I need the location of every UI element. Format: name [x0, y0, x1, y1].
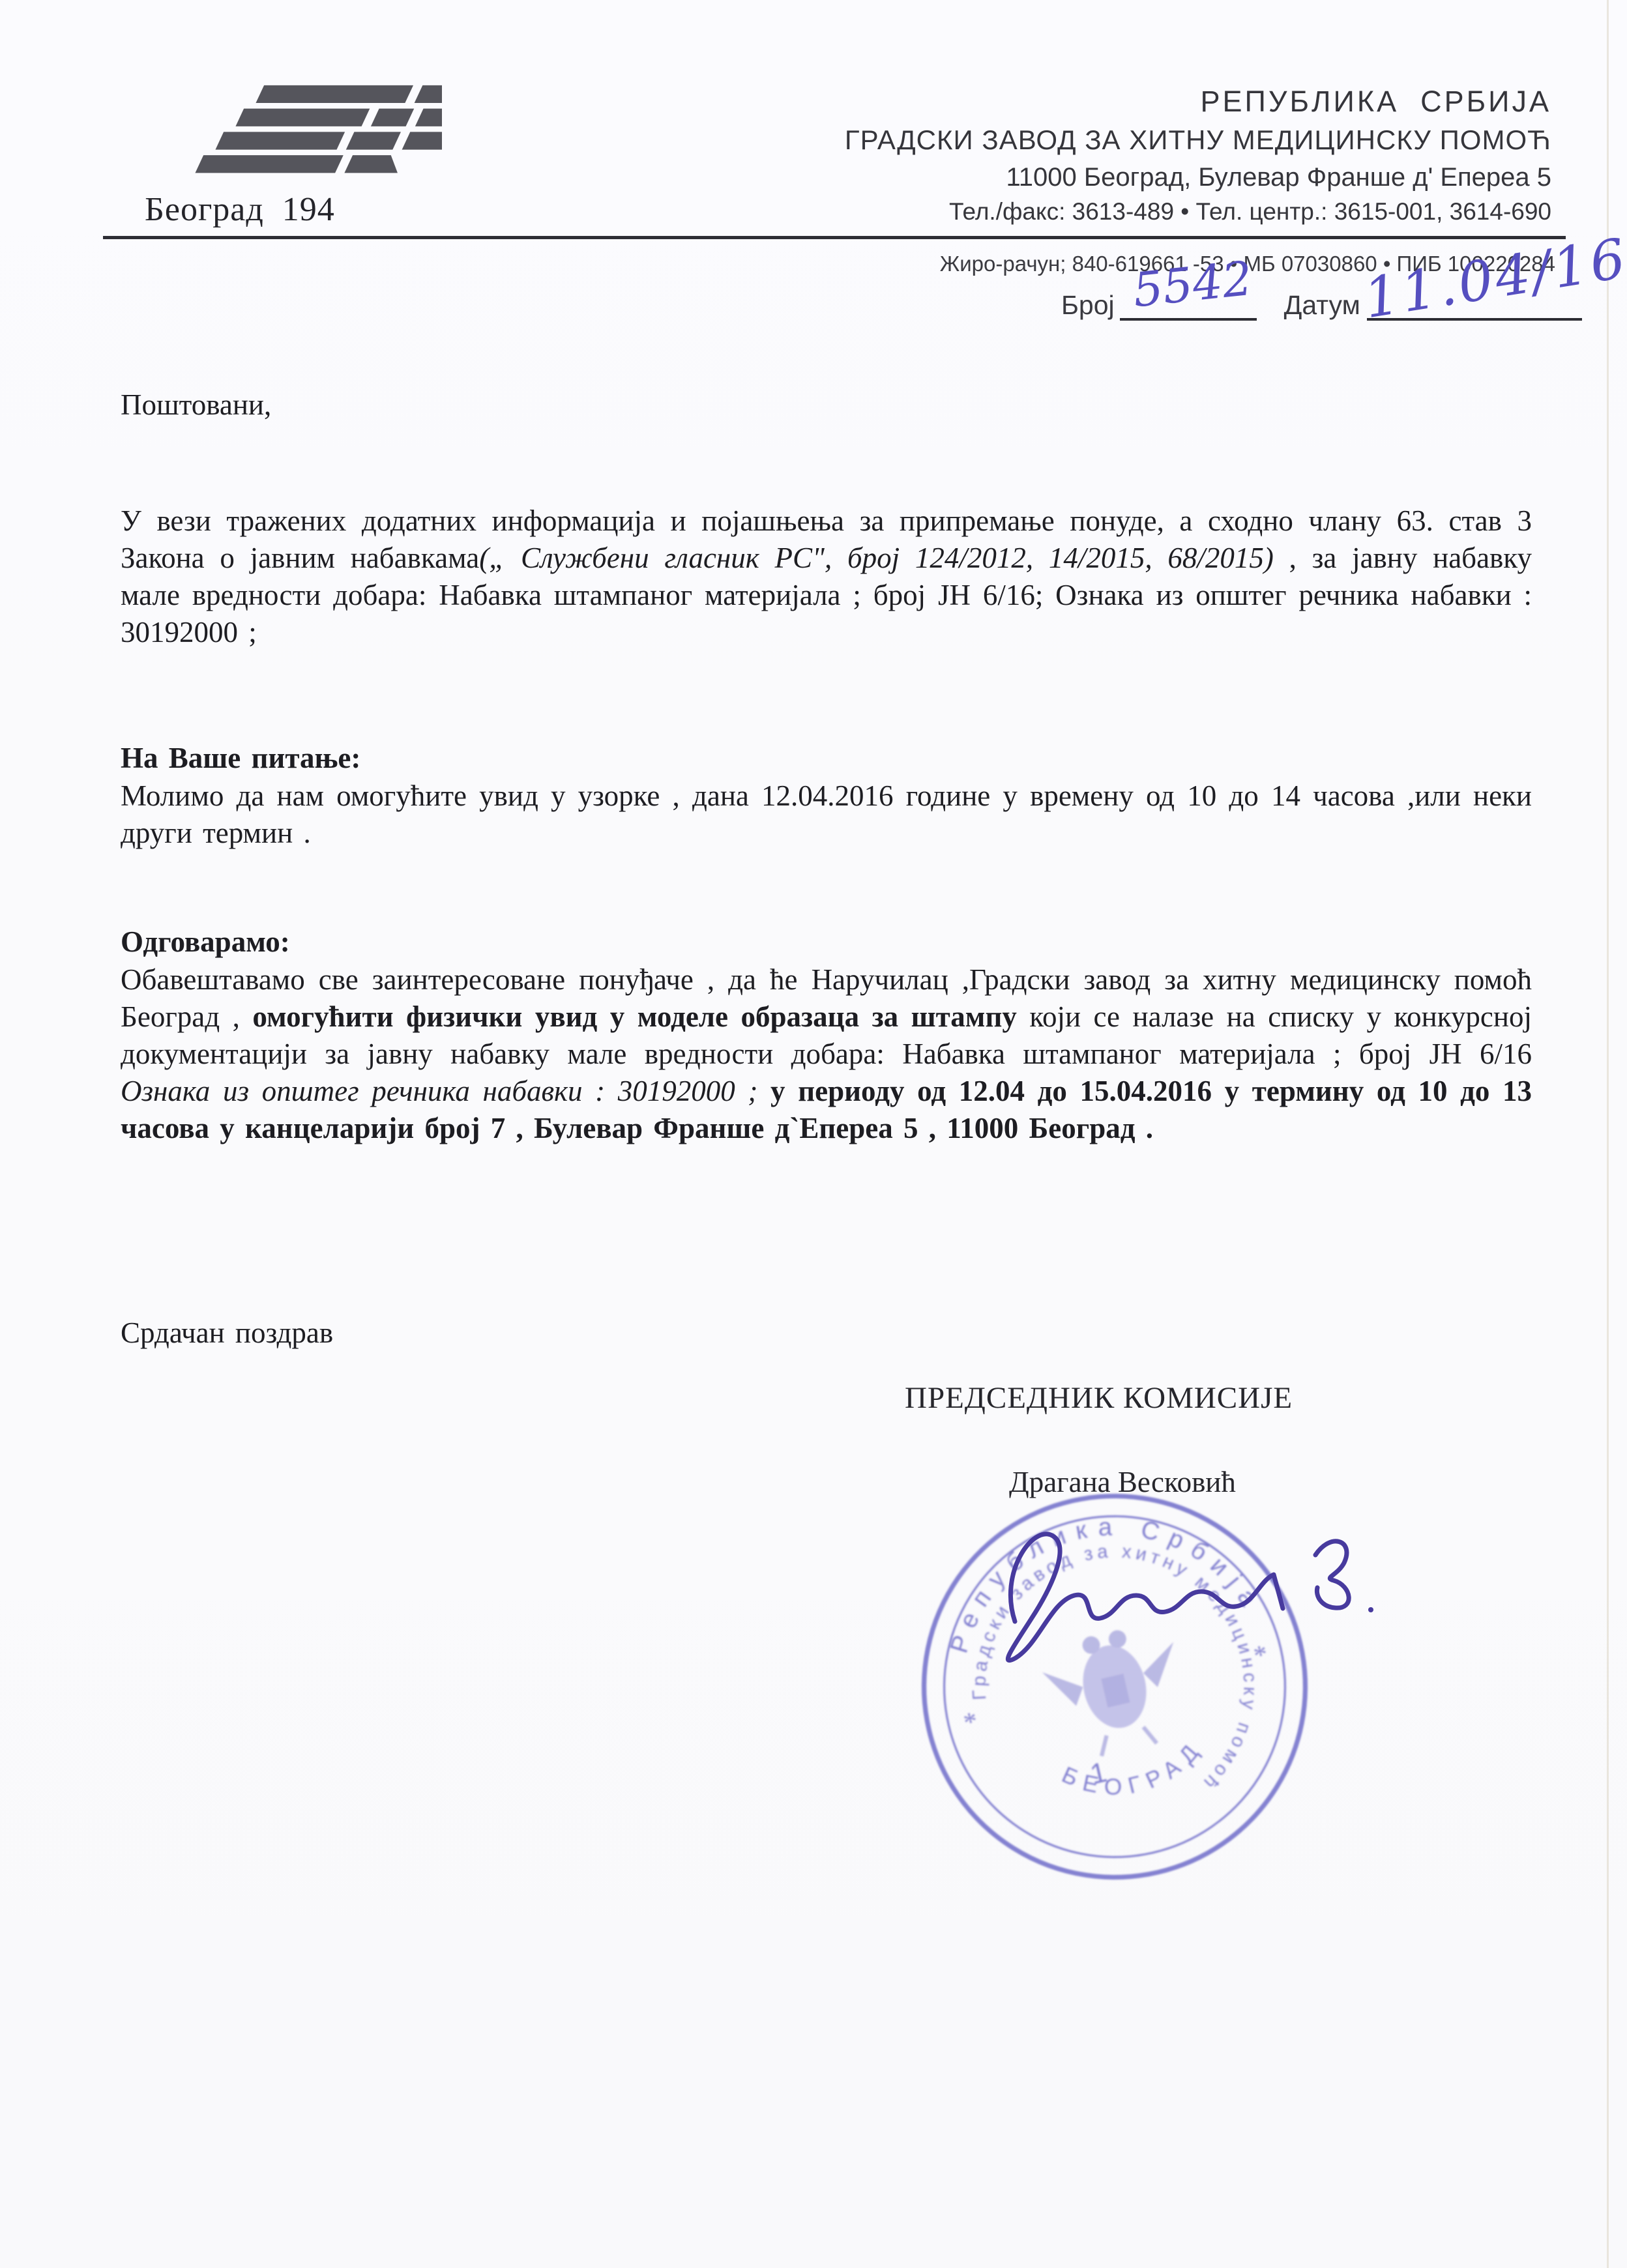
scan-edge-artifact [1607, 0, 1609, 2268]
handwritten-number: 5542 [1130, 251, 1255, 318]
gazette-reference-italic: („ Службени гласник РС", број 124/2012, … [479, 542, 1274, 574]
letterhead-country: РЕПУБЛИКА СРБИЈА [845, 82, 1551, 121]
number-date-row: Број5542Датум11.04/16 [1061, 284, 1582, 321]
question-paragraph: Молимо да нам омогућите увид у узорке , … [121, 778, 1532, 852]
date-label: Датум [1284, 290, 1360, 320]
date-blank-line: 11.04/16 [1367, 284, 1582, 321]
question-heading: На Ваше питање: [121, 740, 1532, 777]
letterhead-org-block: РЕПУБЛИКА СРБИЈА ГРАДСКИ ЗАВОД ЗА ХИТНУ … [845, 82, 1551, 228]
answer-bold-inspection: омогућити физички увид у моделе образаца… [252, 1000, 1016, 1033]
letterhead-org-name: ГРАДСКИ ЗАВОД ЗА ХИТНУ МЕДИЦИНСКУ ПОМОЋ [845, 121, 1551, 159]
closing-salutation: Срдачан поздрав [121, 1315, 1532, 1352]
intro-paragraph: У вези тражених додатних информација и п… [121, 502, 1532, 651]
letterhead-divider [103, 236, 1566, 239]
ambulance-service-logo-icon [116, 77, 442, 198]
answer-paragraph: Обавештавамо све заинтересоване понуђаче… [121, 961, 1532, 1147]
stamp-bottom-text: БЕОГРАД [1053, 1730, 1215, 1814]
answer-heading: Одговарамо: [121, 923, 1532, 961]
handwritten-date: 11.04/16 [1360, 226, 1627, 331]
number-blank-line: 5542 [1120, 284, 1257, 321]
number-label: Број [1061, 290, 1115, 320]
svg-text:БЕОГРАД: БЕОГРАД [1053, 1730, 1215, 1814]
scanned-letter-page: Београд 194 РЕПУБЛИКА СРБИЈА ГРАДСКИ ЗАВ… [0, 0, 1627, 2268]
letterhead-address: 11000 Београд, Булевар Франше д' Епереа … [845, 159, 1551, 196]
handwritten-signature [953, 1498, 1403, 1680]
logo-caption: Београд 194 [145, 190, 335, 229]
salutation: Поштовани, [121, 386, 1532, 424]
stamp-star-left: * [961, 1706, 980, 1737]
answer-cpv-italic: Ознака из општег речника набавки : 30192… [121, 1075, 757, 1107]
signer-title: ПРЕДСЕДНИК КОМИСИЈЕ [905, 1380, 1293, 1416]
letterhead-phone: Тел./факс: 3613-489 • Тел. центр.: 3615-… [845, 196, 1551, 228]
